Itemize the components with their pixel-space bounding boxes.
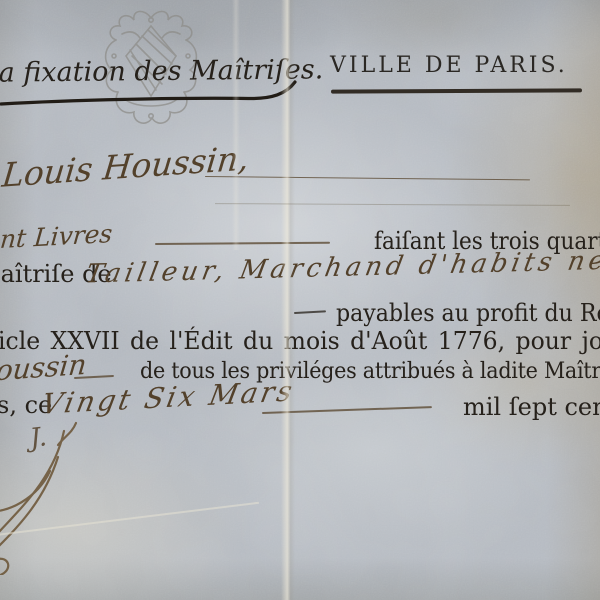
- payable-printed: payables au profit du Roi,: [336, 299, 600, 327]
- ville-de-paris-title: VILLE DE PARIS.: [330, 53, 568, 78]
- name-fill-line: [205, 176, 530, 181]
- horizontal-crease-faint: [215, 203, 570, 206]
- edict-printed: icle XXVII de l'Édit du mois d'Août 1776…: [0, 327, 600, 355]
- parchment-document: la fixation des Maîtriſes. VILLE DE PARI…: [0, 0, 600, 600]
- name-handwritten: Louis Houssin,: [0, 138, 251, 195]
- mastery-handwritten: Tailleur, Marchand d'habits neufs: [83, 244, 600, 289]
- date-suffix-printed: mil ſept cent: [463, 393, 600, 421]
- name2-handwritten: oussin: [0, 348, 88, 388]
- title-underline-rule: [331, 88, 582, 93]
- header-swash-rule: [0, 76, 302, 110]
- vertical-crease-faint: [232, 0, 240, 250]
- amount-fill-line: [155, 242, 330, 245]
- signature-paraph: [0, 415, 118, 575]
- amount-handwritten: nt Livres: [0, 219, 114, 254]
- payable-dash: [294, 310, 326, 314]
